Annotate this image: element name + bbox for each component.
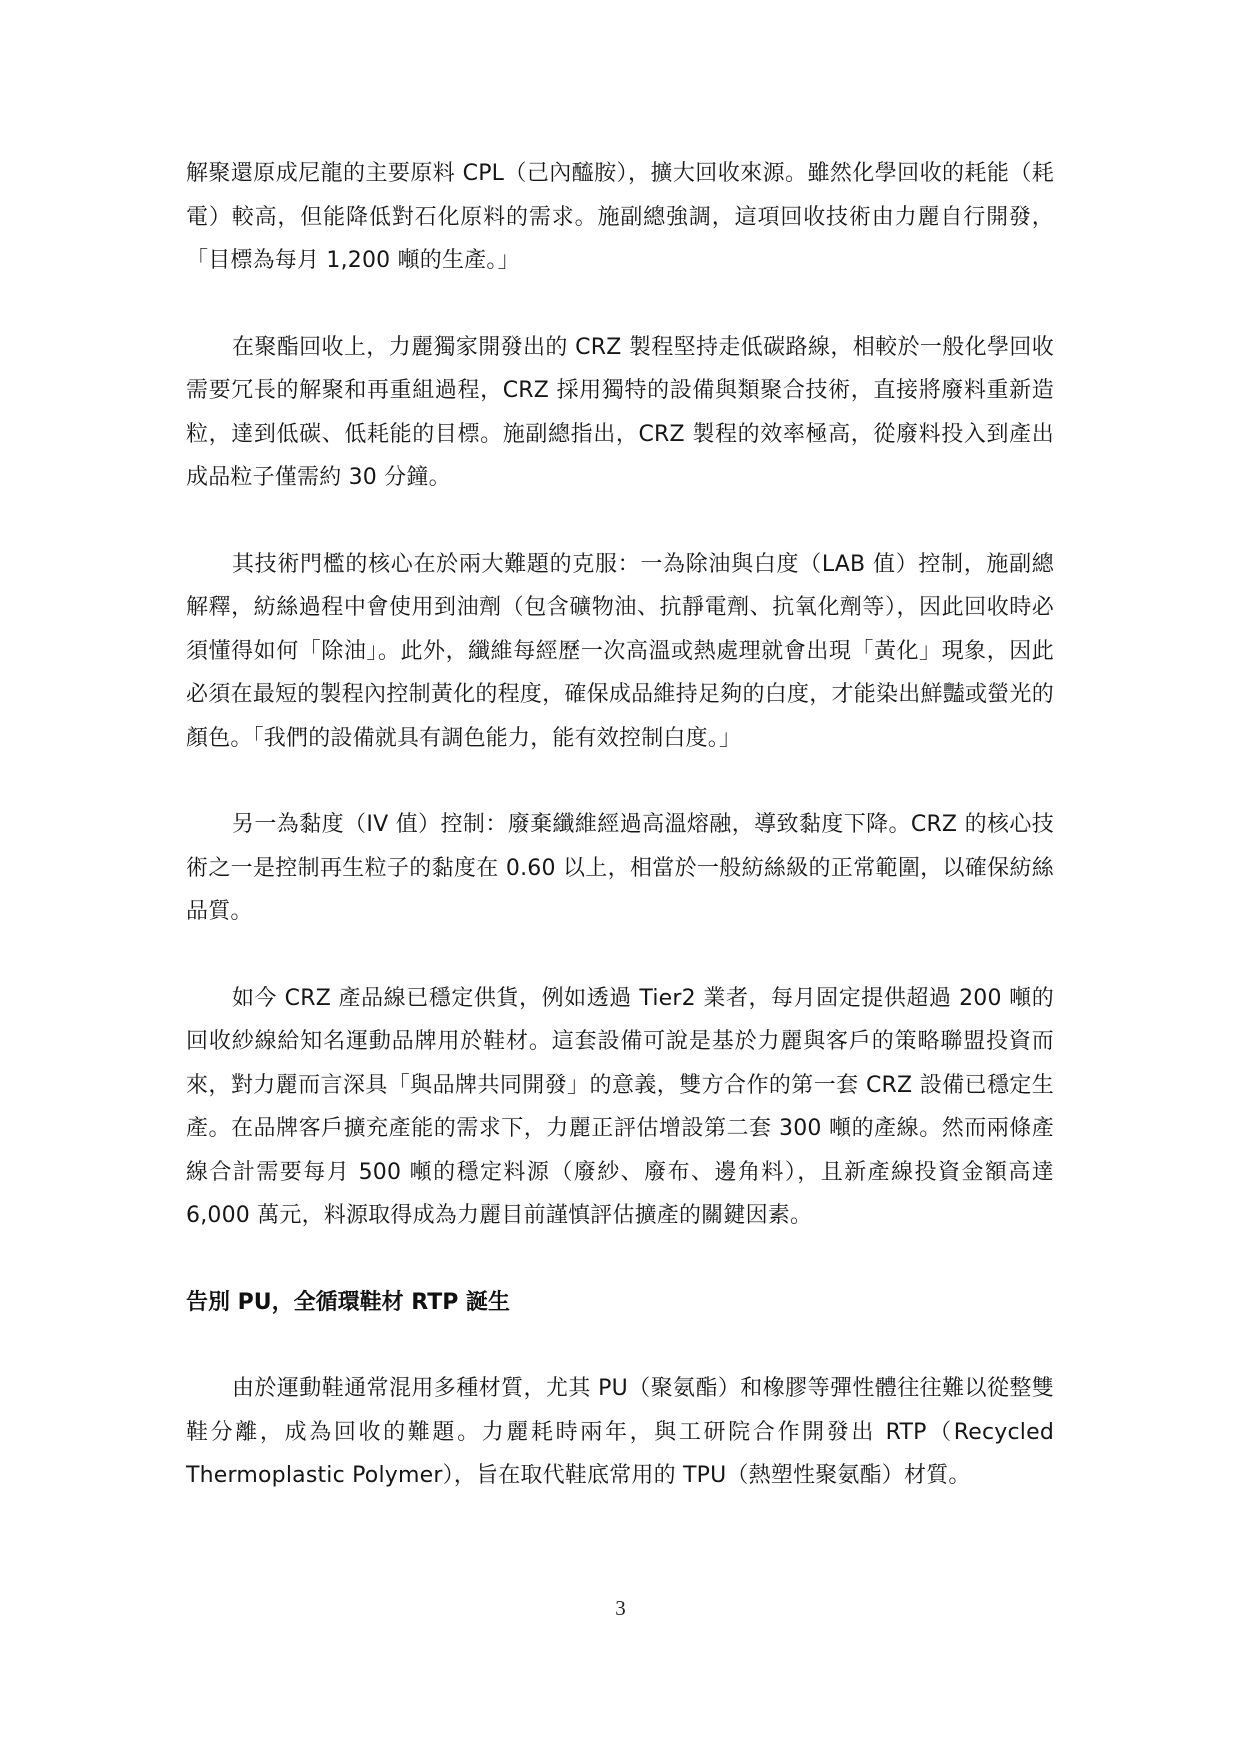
paragraph-spacer — [186, 283, 1054, 326]
paragraph-crz-process: 在聚酯回收上，力麗獨家開發出的 CRZ 製程堅持走低碳路線，相較於一般化學回收需… — [186, 326, 1054, 500]
paragraph-viscosity-control: 另一為黏度（IV 值）控制：廢棄纖維經過高溫熔融，導致黏度下降。CRZ 的核心技… — [186, 803, 1054, 934]
paragraph-spacer — [186, 500, 1054, 543]
document-page-body: 解聚還原成尼龍的主要原料 CPL（己內醯胺），擴大回收來源。雖然化學回收的耗能（… — [186, 152, 1054, 1498]
paragraph-technical-threshold: 其技術門檻的核心在於兩大難題的克服：一為除油與白度（LAB 值）控制，施副總解釋… — [186, 543, 1054, 761]
paragraph-spacer — [186, 760, 1054, 803]
paragraph-spacer — [186, 934, 1054, 977]
paragraph-spacer — [186, 1238, 1054, 1281]
section-heading-rtp: 告別 PU，全循環鞋材 RTP 誕生 — [186, 1281, 1054, 1325]
paragraph-rtp-development: 由於運動鞋通常混用多種材質，尤其 PU（聚氨酯）和橡膠等彈性體往往難以從整雙鞋分… — [186, 1367, 1054, 1498]
page-number: 3 — [0, 1596, 1241, 1621]
paragraph-spacer — [186, 1324, 1054, 1367]
paragraph-cpl-recycling: 解聚還原成尼龍的主要原料 CPL（己內醯胺），擴大回收來源。雖然化學回收的耗能（… — [186, 152, 1054, 283]
paragraph-crz-supply: 如今 CRZ 產品線已穩定供貨，例如透過 Tier2 業者，每月固定提供超過 2… — [186, 977, 1054, 1238]
